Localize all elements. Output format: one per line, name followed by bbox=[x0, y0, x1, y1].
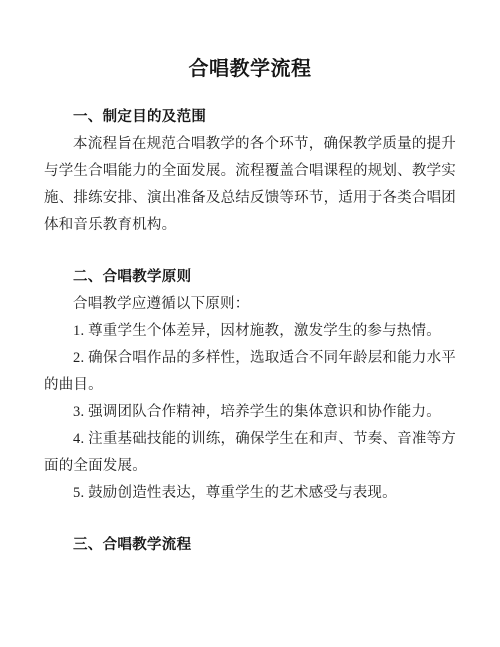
list-item-principle-2: 2. 确保合唱作品的多样性，选取适合不同年龄层和能力水平的曲目。 bbox=[44, 345, 456, 399]
document-page: 合唱教学流程 一、制定目的及范围 本流程旨在规范合唱教学的各个环节，确保教学质量… bbox=[0, 0, 500, 647]
list-item-principle-1: 1. 尊重学生个体差异，因材施教，激发学生的参与热情。 bbox=[44, 318, 456, 345]
section-heading-purpose-and-scope: 一、制定目的及范围 bbox=[44, 104, 456, 131]
list-item-principle-3: 3. 强调团队合作精神，培养学生的集体意识和协作能力。 bbox=[44, 399, 456, 426]
list-item-principle-4: 4. 注重基础技能的训练，确保学生在和声、节奏、音准等方面的全面发展。 bbox=[44, 426, 456, 480]
section-heading-teaching-principles: 二、合唱教学原则 bbox=[44, 264, 456, 291]
document-title: 合唱教学流程 bbox=[44, 56, 456, 82]
section-heading-teaching-process: 三、合唱教学流程 bbox=[44, 532, 456, 559]
section-teaching-process: 三、合唱教学流程 bbox=[44, 532, 456, 559]
list-item-principle-5: 5. 鼓励创造性表达，尊重学生的艺术感受与表现。 bbox=[44, 480, 456, 507]
paragraph-principles-intro: 合唱教学应遵循以下原则： bbox=[44, 291, 456, 318]
section-teaching-principles: 二、合唱教学原则 合唱教学应遵循以下原则： 1. 尊重学生个体差异，因材施教，激… bbox=[44, 264, 456, 507]
paragraph-purpose-and-scope: 本流程旨在规范合唱教学的各个环节，确保教学质量的提升与学生合唱能力的全面发展。流… bbox=[44, 131, 456, 239]
section-purpose-and-scope: 一、制定目的及范围 本流程旨在规范合唱教学的各个环节，确保教学质量的提升与学生合… bbox=[44, 104, 456, 239]
